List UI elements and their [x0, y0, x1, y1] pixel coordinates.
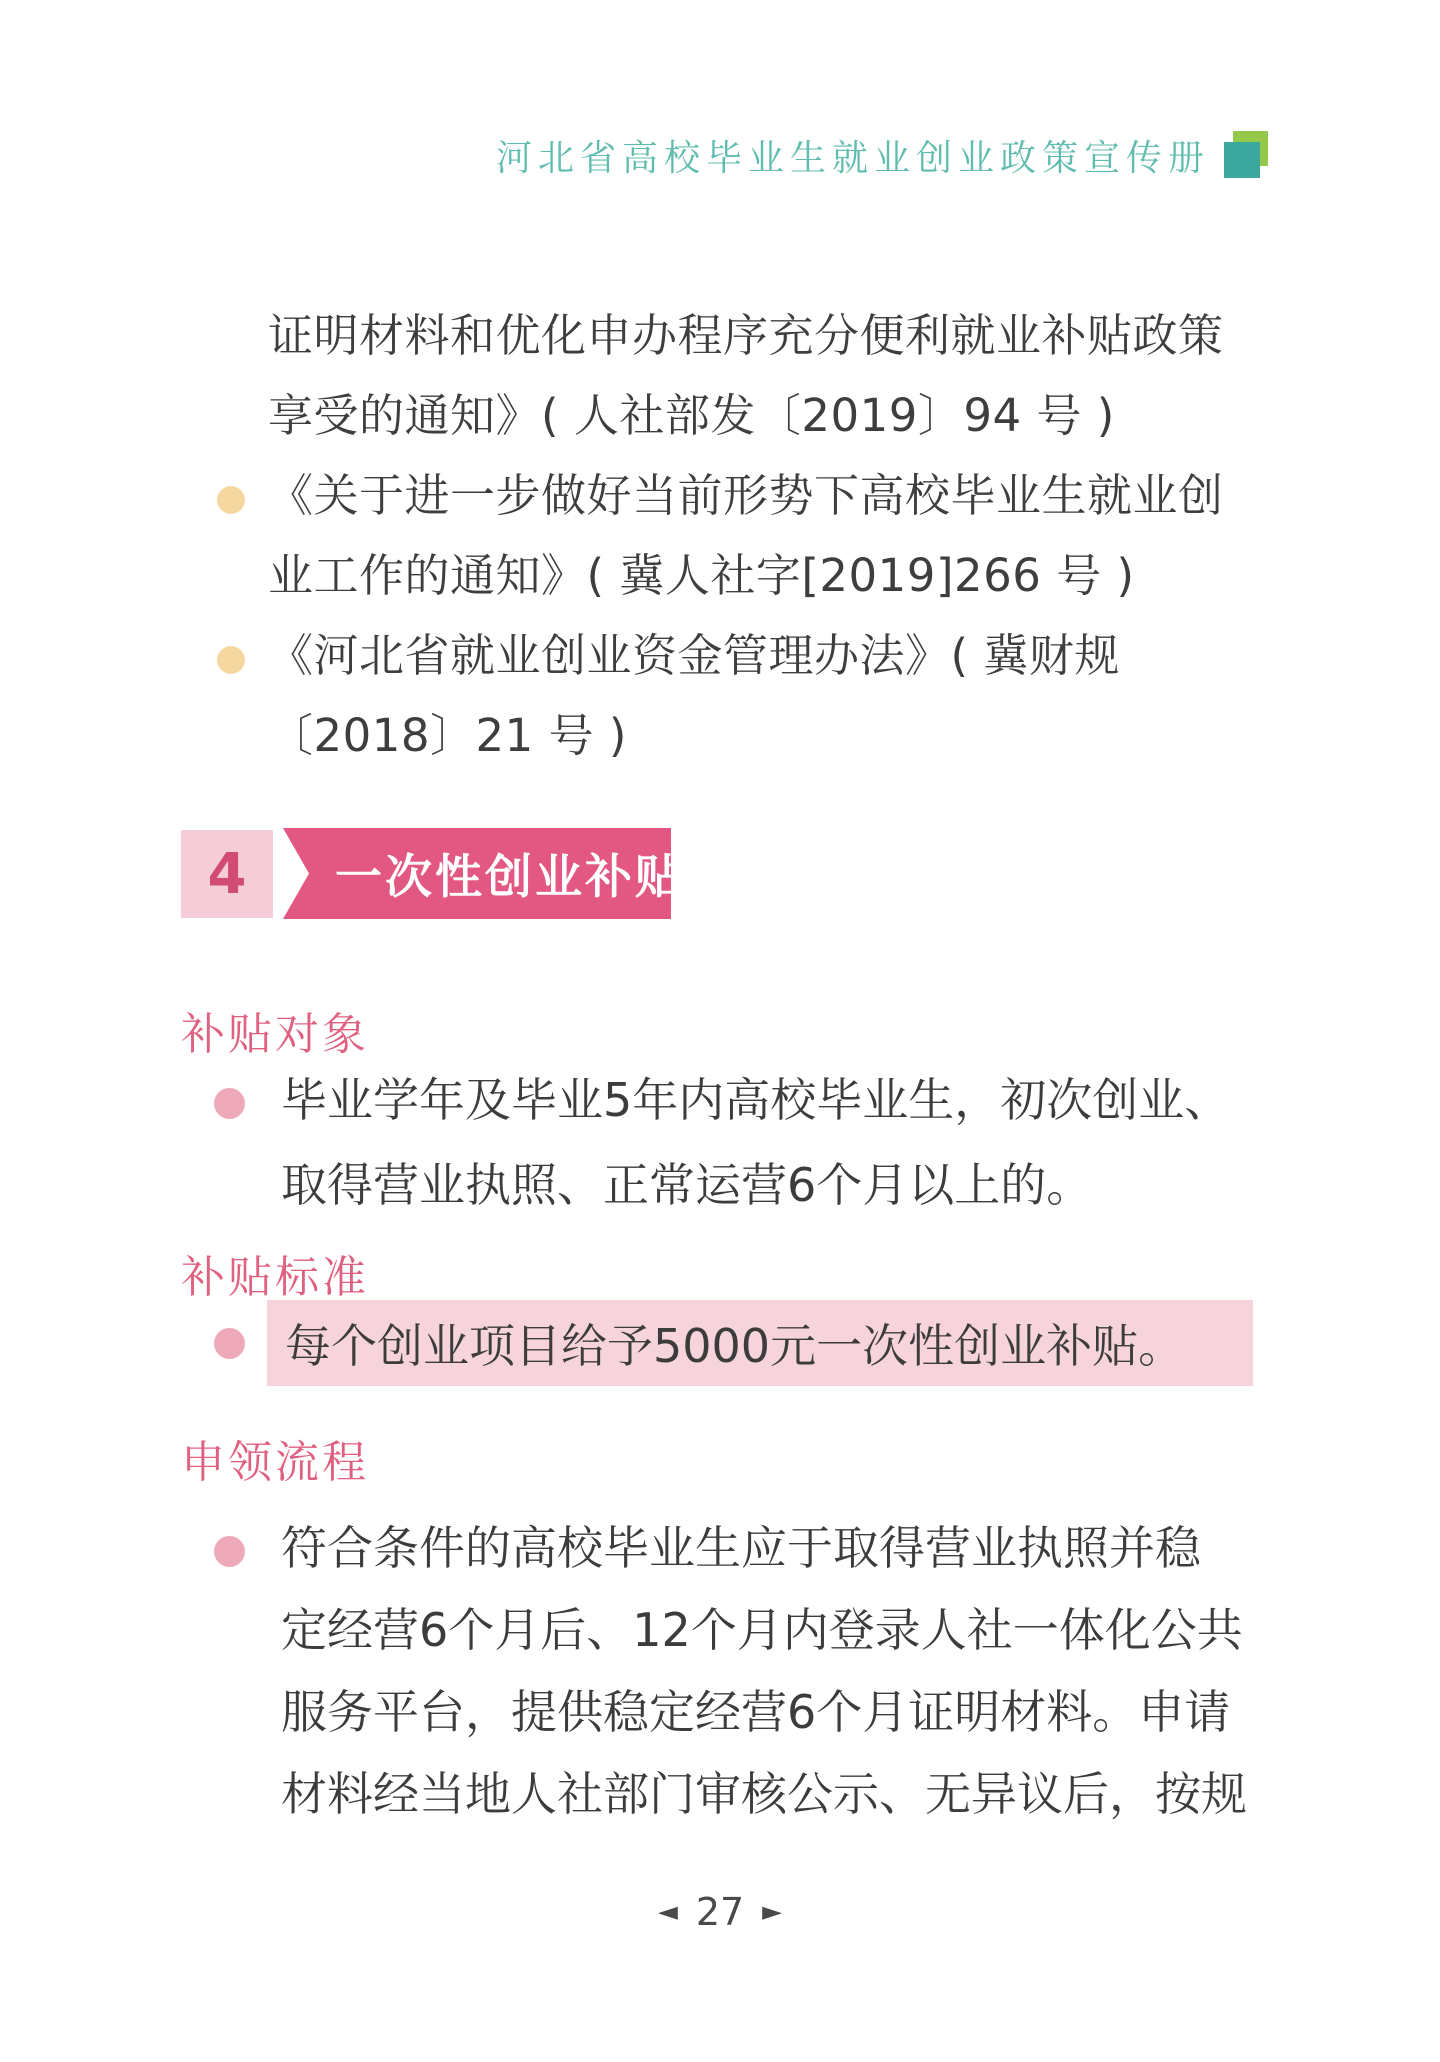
- target-line: 毕业学年及毕业5年内高校毕业生，初次创业、: [281, 1072, 1281, 1132]
- prev-page-icon[interactable]: ◄: [658, 1890, 678, 1934]
- overlapping-squares-icon: [1224, 131, 1270, 181]
- brochure-title: 河北省高校毕业生就业创业政策宣传册: [496, 130, 1210, 181]
- footer-pager: ◄ 27 ►: [0, 1890, 1440, 1934]
- section-number: 4: [208, 842, 247, 907]
- reference-item-line: 《关于进一步做好当前形势下高校毕业生就业创: [268, 468, 1278, 526]
- process-line: 符合条件的高校毕业生应于取得营业执照并稳: [281, 1520, 1281, 1580]
- list-bullet: [217, 486, 245, 514]
- process-line: 服务平台，提供稳定经营6个月证明材料。申请: [281, 1684, 1281, 1744]
- list-bullet: [214, 1536, 245, 1567]
- section-title: 一次性创业补贴: [335, 840, 685, 907]
- brochure-page: 河北省高校毕业生就业创业政策宣传册 证明材料和优化申办程序充分便利就业补贴政策 …: [0, 0, 1440, 2062]
- reference-item-line: 《河北省就业创业资金管理办法》( 冀财规: [268, 628, 1278, 686]
- process-line: 定经营6个月后、12个月内登录人社一体化公共: [281, 1602, 1281, 1662]
- list-bullet: [214, 1328, 245, 1359]
- next-page-icon[interactable]: ►: [762, 1890, 782, 1934]
- reference-item-line: 〔2018〕21 号 ): [268, 708, 1278, 766]
- page-number: 27: [696, 1890, 744, 1934]
- standard-highlight-text: 每个创业项目给予5000元一次性创业补贴。: [285, 1310, 1184, 1376]
- page-header: 河北省高校毕业生就业创业政策宣传册: [496, 130, 1270, 181]
- list-bullet: [217, 646, 245, 674]
- process-line: 材料经当地人社部门审核公示、无异议后，按规: [281, 1766, 1281, 1826]
- subsection-heading-target: 补贴对象: [181, 998, 369, 1062]
- list-bullet: [214, 1088, 245, 1119]
- subsection-heading-process: 申领流程: [181, 1426, 369, 1490]
- subsection-heading-standard: 补贴标准: [181, 1241, 369, 1305]
- section-number-box: 4: [181, 830, 273, 918]
- reference-continuation-line: 证明材料和优化申办程序充分便利就业补贴政策: [268, 308, 1278, 366]
- target-line: 取得营业执照、正常运营6个月以上的。: [281, 1157, 1281, 1217]
- reference-item-line: 业工作的通知》( 冀人社字[2019]266 号 ): [268, 548, 1278, 606]
- reference-continuation-line: 享受的通知》( 人社部发〔2019〕94 号 ): [268, 388, 1278, 446]
- teal-square-shape: [1224, 142, 1260, 178]
- highlight-row: 每个创业项目给予5000元一次性创业补贴。: [267, 1300, 1253, 1386]
- section-banner: 一次性创业补贴: [283, 828, 671, 919]
